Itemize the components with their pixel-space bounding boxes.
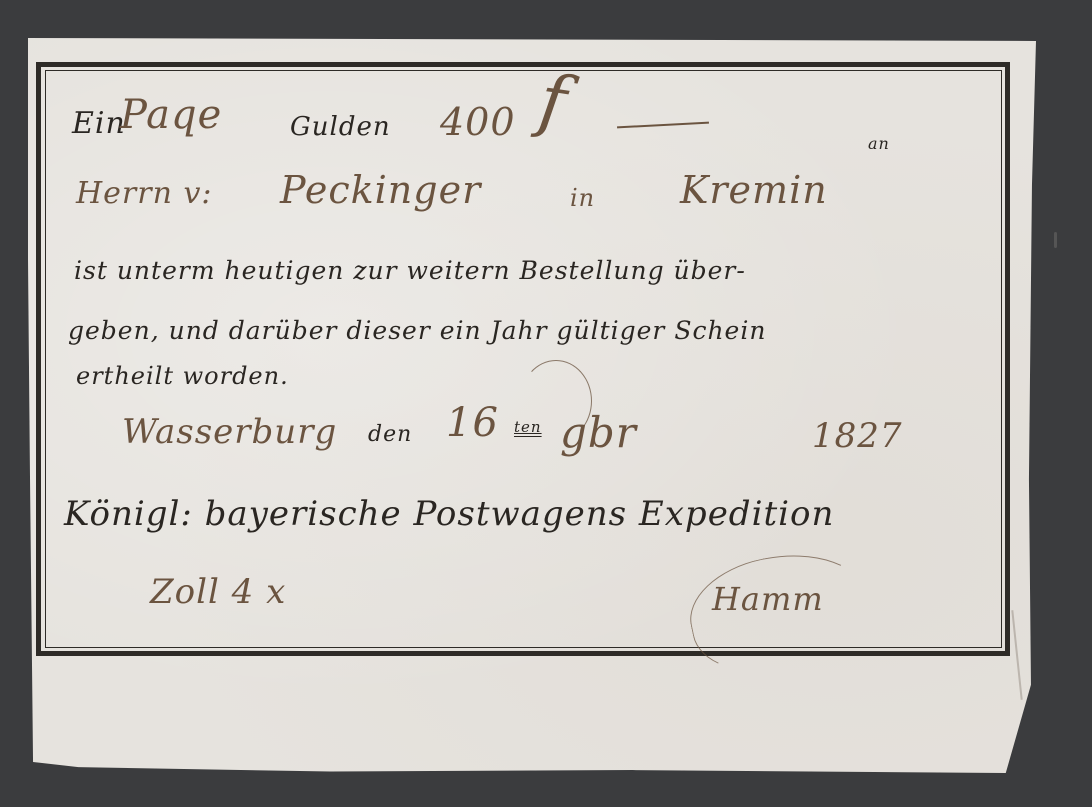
recipient-name: Peckinger <box>280 168 481 212</box>
dateline-den: den <box>368 422 412 447</box>
line1-suffix: an <box>868 134 890 153</box>
printed-border-inner <box>45 70 1002 648</box>
dateline-year: 1827 <box>812 416 903 456</box>
destination: Kremin <box>680 168 828 212</box>
amount: 400 <box>440 100 516 144</box>
recipient-preposition: in <box>570 184 595 212</box>
dateline-day-suffix: ten <box>514 418 542 436</box>
body-line-2: geben, und darüber dieser ein Jahr gülti… <box>68 316 766 345</box>
body-line-1: ist unterm heutigen zur weitern Bestellu… <box>74 256 746 285</box>
edge-mark <box>1054 232 1057 248</box>
line1-item: Paqe <box>120 92 222 138</box>
dateline-day: 16 <box>446 400 499 446</box>
dateline-month: gbr <box>560 408 637 457</box>
body-line-3: ertheilt worden. <box>76 362 289 390</box>
issuer-line: Königl: bayerische Postwagens Expedition <box>64 494 834 534</box>
dateline-place: Wasserburg <box>122 412 337 452</box>
line1-prefix: Ein <box>72 106 126 141</box>
signature: Hamm <box>712 580 824 618</box>
line1-currency: Gulden <box>290 112 391 142</box>
fee: Zoll 4 x <box>150 572 286 612</box>
recipient-title: Herrn v: <box>76 176 213 211</box>
